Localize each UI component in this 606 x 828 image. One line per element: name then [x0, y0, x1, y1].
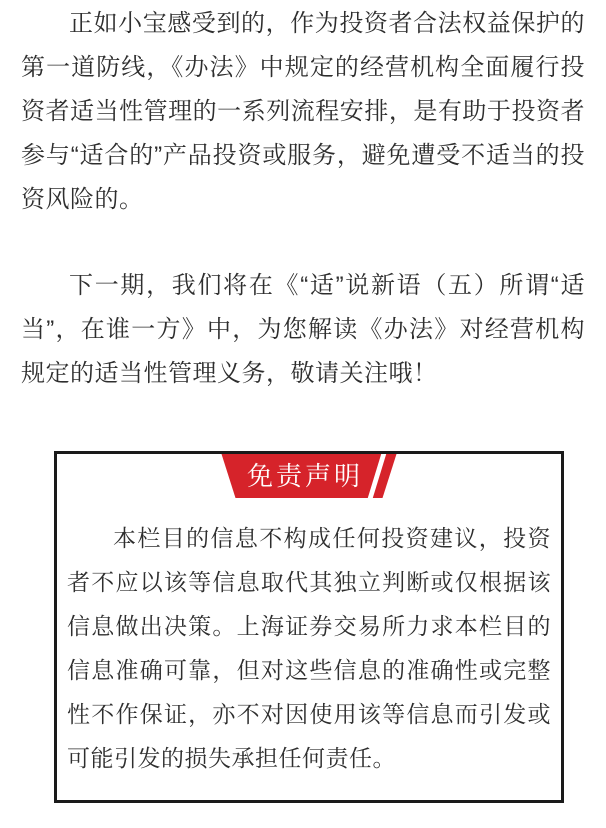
article-page: 正如小宝感受到的，作为投资者合法权益保护的第一道防线，《办法》中规定的经营机构全… [0, 0, 606, 803]
disclaimer-title: 免责声明 [247, 454, 371, 498]
disclaimer-ribbon: 免责声明 [222, 454, 397, 498]
disclaimer-box: 免责声明 本栏目的信息不构成任何投资建议，投资者不应以该等信息取代其独立判断或仅… [54, 451, 564, 803]
article-paragraph-2: 下一期，我们将在《“适”说新语（五）所谓“适当”，在谁一方》中，为您解读《办法》… [21, 264, 585, 396]
article-paragraph-1: 正如小宝感受到的，作为投资者合法权益保护的第一道防线，《办法》中规定的经营机构全… [21, 2, 585, 222]
disclaimer-body-text: 本栏目的信息不构成任何投资建议，投资者不应以该等信息取代其独立判断或仅根据该信息… [57, 454, 561, 800]
